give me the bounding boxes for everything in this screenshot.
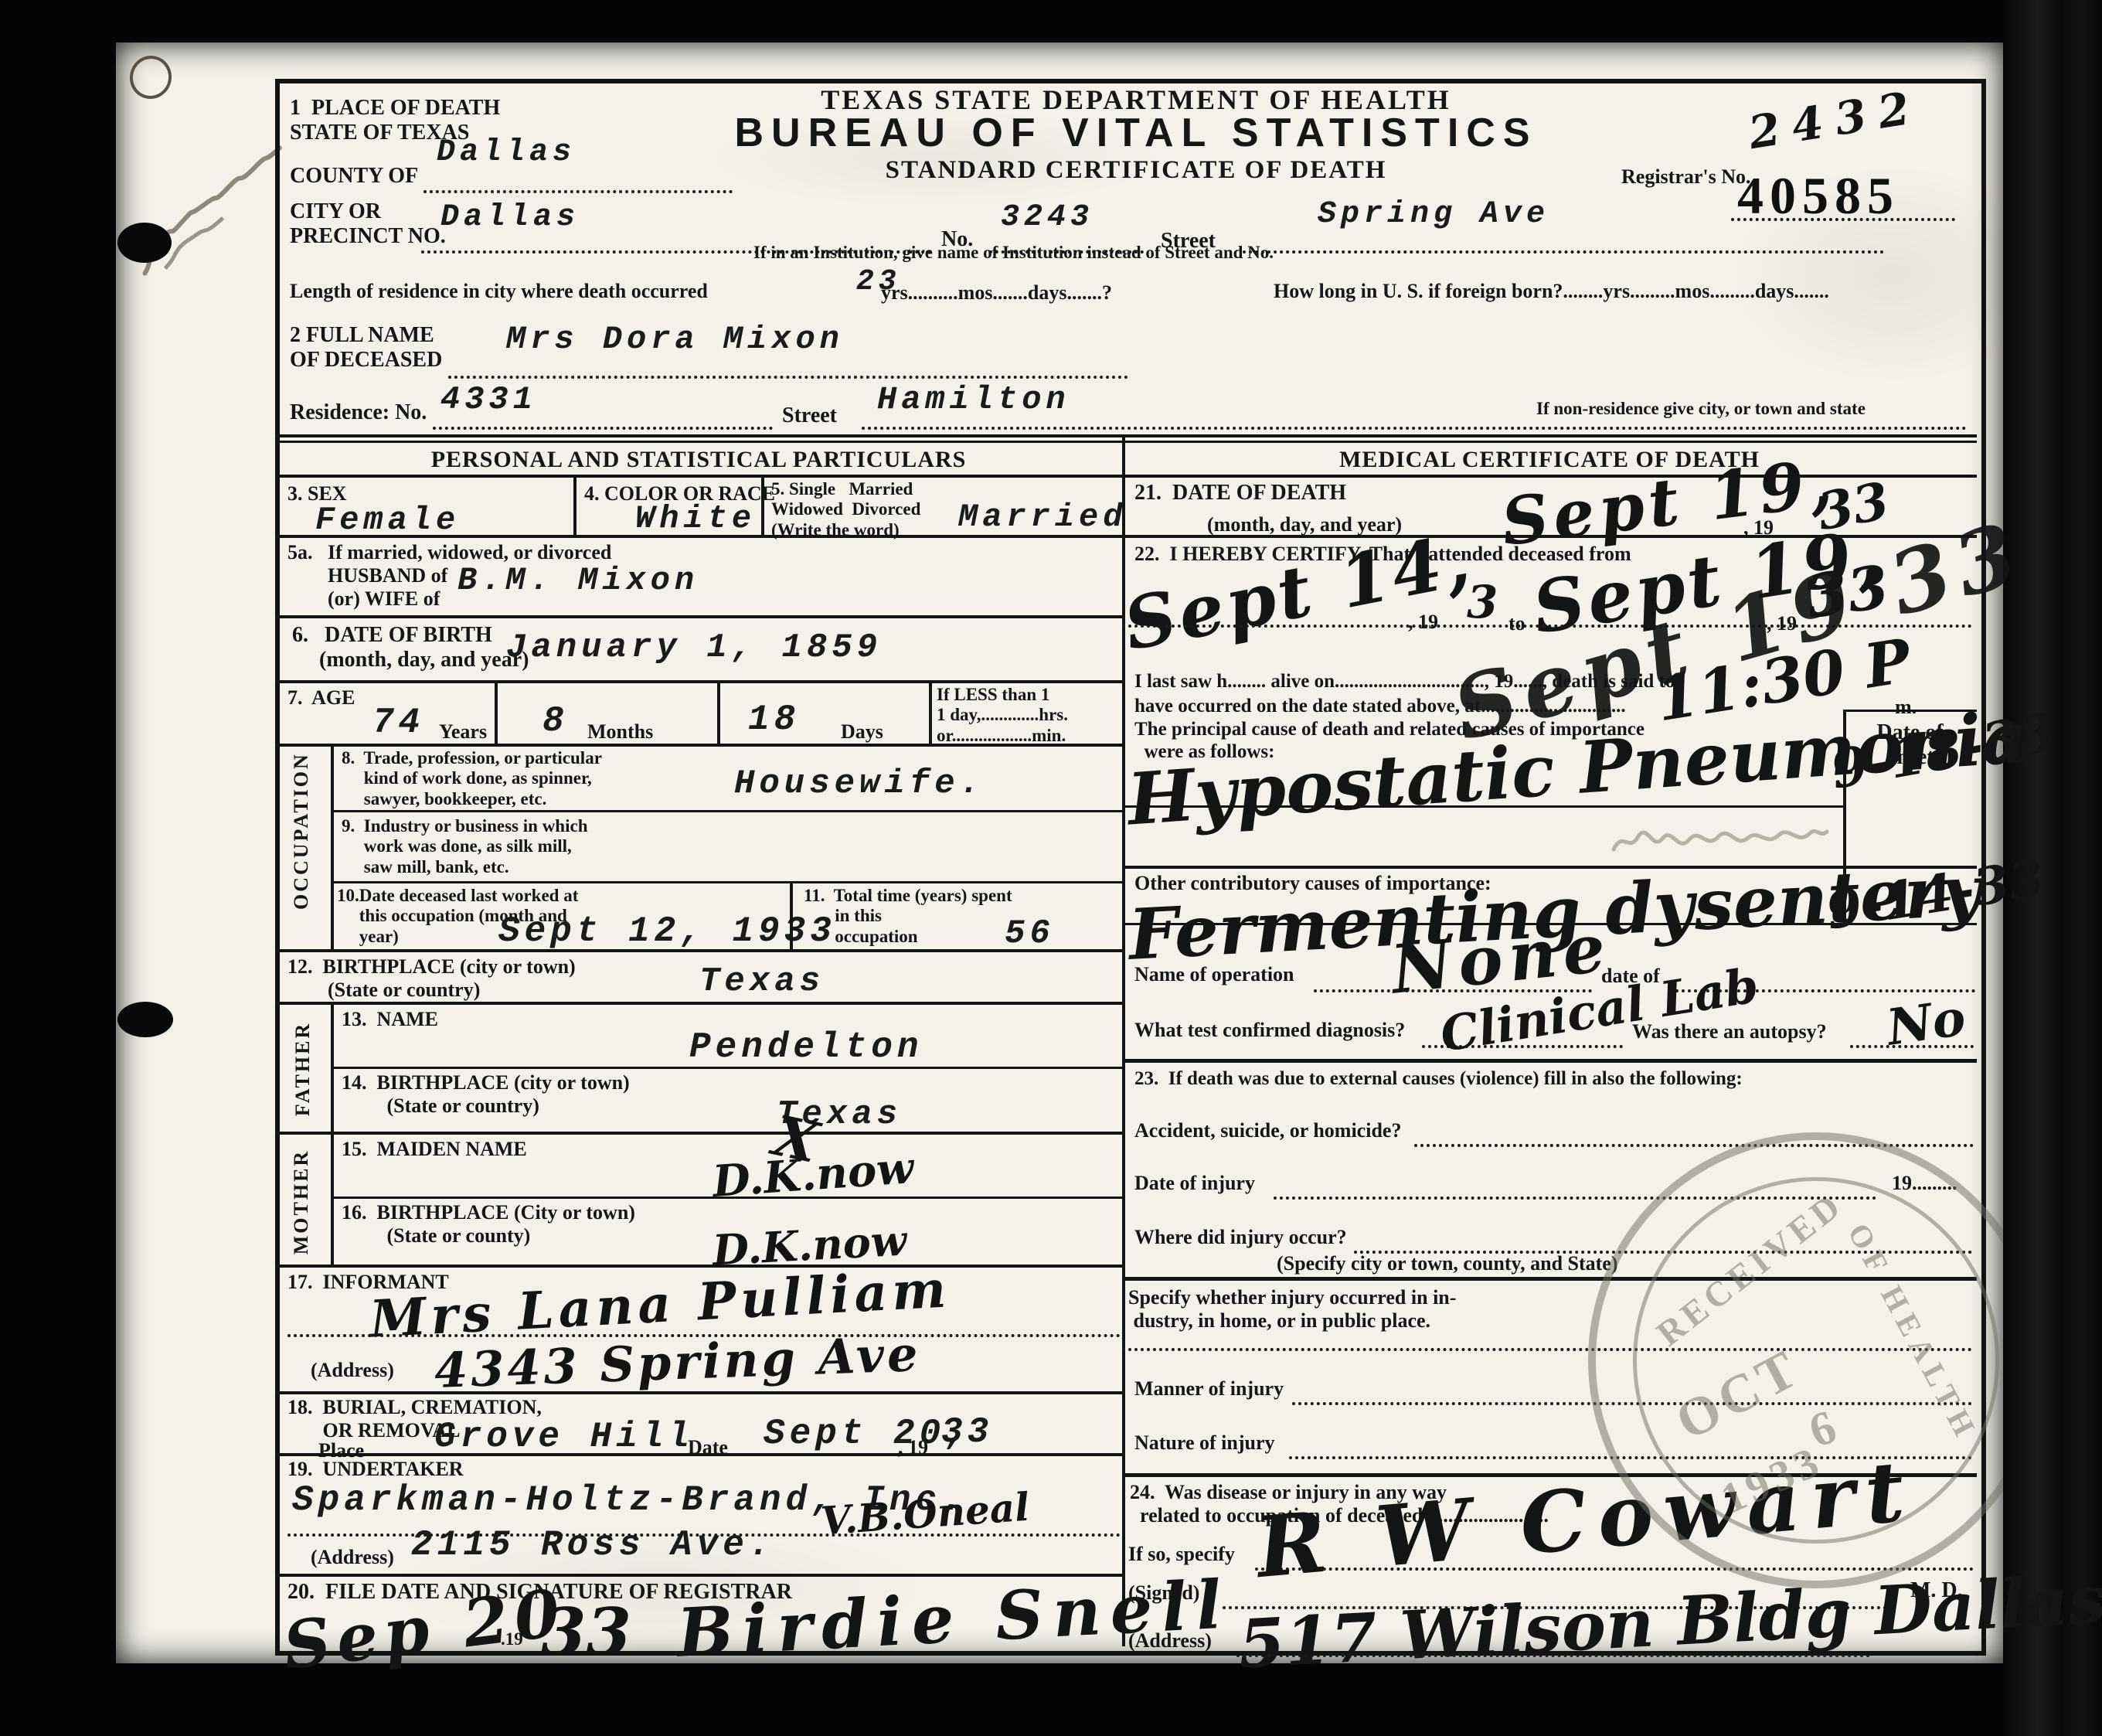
rule xyxy=(331,881,1122,883)
rule xyxy=(275,1574,1122,1577)
residence-length-units: yrs..........mos.......days.......? xyxy=(881,281,1112,305)
rule xyxy=(331,1196,1122,1199)
scanned-death-certificate: 1 PLACE OF DEATH STATE OF TEXAS Dallas C… xyxy=(0,0,2102,1736)
age-days-value: 18 xyxy=(748,702,800,737)
nonresidence-note: If non-residence give city, or town and … xyxy=(1536,399,1866,419)
burial-year-value: 33 xyxy=(941,1414,993,1450)
rule xyxy=(275,1453,1122,1456)
age-days-label: Days xyxy=(841,720,883,744)
occurred-line: have occurred on the date stated above, … xyxy=(1134,696,1626,718)
operation-label: Name of operation xyxy=(1134,963,1294,986)
father-name-label: 13. NAME xyxy=(342,1008,438,1031)
burial-place-value: Grove Hill xyxy=(434,1419,694,1455)
rule xyxy=(1122,805,1843,808)
place-of-death-label: 1 PLACE OF DEATH xyxy=(290,96,500,121)
age-years-value: 74 xyxy=(372,705,424,740)
rule xyxy=(331,1067,1122,1069)
injury-date-label: Date of injury xyxy=(1134,1172,1255,1195)
father-birthplace-label: 14. BIRTHPLACE (city or town) (State or … xyxy=(342,1071,630,1118)
registrar-no-label: Registrar's No. xyxy=(1621,165,1751,189)
marital-label: 5. Single Married Widowed Divorced (Writ… xyxy=(771,479,920,540)
injury-19-label: 19......... xyxy=(1892,1172,1957,1195)
dept-title-line2: BUREAU OF VITAL STATISTICS xyxy=(734,110,1538,156)
institution-note: If in an Institution, give name of Insti… xyxy=(753,243,1274,263)
accident-label: Accident, suicide, or homicide? xyxy=(1134,1119,1401,1142)
address-label: (Address) xyxy=(1128,1629,1212,1653)
residence-street-value: Hamilton xyxy=(877,383,1070,416)
from-19-label: , 19 xyxy=(1408,611,1438,634)
leader xyxy=(862,427,1967,430)
total-time-label: 11. Total time (years) spent in this occ… xyxy=(804,886,1012,947)
file-year-value: 33 xyxy=(541,1600,631,1665)
specify-injury-label: Specify whether injury occurred in in- d… xyxy=(1128,1286,1456,1333)
residence-length-label: Length of residence in city where death … xyxy=(290,280,708,303)
rule xyxy=(1122,1277,1977,1281)
test-label: What test confirmed diagnosis? xyxy=(1134,1019,1405,1042)
right-section-title: MEDICAL CERTIFICATE OF DEATH xyxy=(1122,447,1977,473)
age-label: 7. AGE xyxy=(287,686,355,710)
external-causes-label: 23. If death was due to external causes … xyxy=(1134,1068,1743,1091)
age-months-label: Months xyxy=(587,720,653,744)
rule xyxy=(275,1391,1122,1394)
full-name-label: 2 FULL NAME OF DECEASED xyxy=(290,323,442,373)
city-value: Dallas xyxy=(440,203,580,233)
left-section-title: PERSONAL AND STATISTICAL PARTICULARS xyxy=(275,447,1122,473)
trade-value: Housewife. xyxy=(734,767,985,801)
cell-divider xyxy=(495,683,498,744)
leader xyxy=(433,427,773,430)
side-strip-divider xyxy=(331,744,334,949)
hole-punch xyxy=(117,1002,173,1037)
date-of-death-label: 21. DATE OF DEATH xyxy=(1134,481,1346,505)
to-label: to xyxy=(1508,612,1525,635)
industry-label: 9. Industry or business in which work wa… xyxy=(342,816,588,877)
leader xyxy=(1122,1348,1972,1351)
father-side-label: FATHER xyxy=(291,1007,315,1131)
husband-value: B.M. Mixon xyxy=(457,564,699,597)
cell-divider xyxy=(761,478,764,535)
leader xyxy=(1274,1196,1876,1200)
birthplace-label: 12. BIRTHPLACE (city or town) (State or … xyxy=(287,955,576,1002)
cell-divider xyxy=(929,683,932,744)
county-value: Dallas xyxy=(437,138,576,168)
manner-label: Manner of injury xyxy=(1134,1377,1284,1401)
rule xyxy=(331,810,1122,812)
leader xyxy=(448,376,1128,379)
rule xyxy=(275,441,1977,443)
age-years-label: Years xyxy=(439,720,487,744)
cell-divider xyxy=(717,683,720,744)
rule xyxy=(275,744,1122,747)
residence-no-value: 4331 xyxy=(440,383,537,416)
burial-date-value: Sept 20, xyxy=(764,1416,971,1452)
street-value: Spring Ave xyxy=(1318,199,1549,230)
autopsy-label: Was there an autopsy? xyxy=(1632,1020,1827,1043)
father-name-value: Pendelton xyxy=(689,1030,923,1065)
full-name-value: Mrs Dora Mixon xyxy=(506,323,844,356)
maiden-name-label: 15. MAIDEN NAME xyxy=(342,1138,527,1161)
race-value: White xyxy=(635,502,756,535)
county-label: COUNTY OF xyxy=(290,164,418,189)
rule xyxy=(275,434,1977,437)
leader xyxy=(1292,1402,1972,1405)
signed-label: (Signed) xyxy=(1128,1581,1199,1605)
leader xyxy=(1243,250,1884,254)
last-worked-value: Sept 12, 1933 xyxy=(498,914,836,949)
undertaker-address-value: 2115 Ross Ave. xyxy=(411,1527,774,1563)
if-so-label: If so, specify xyxy=(1128,1543,1235,1566)
rule xyxy=(275,535,1122,538)
nature-label: Nature of injury xyxy=(1134,1431,1275,1455)
total-time-value: 56 xyxy=(1005,917,1055,951)
rule xyxy=(1122,1059,1977,1063)
rule xyxy=(275,615,1122,618)
dept-title-line3: STANDARD CERTIFICATE OF DEATH xyxy=(819,156,1453,185)
dob-label: 6. DATE OF BIRTH (month, day, and year) xyxy=(292,623,529,672)
rule xyxy=(275,949,1122,952)
undertaker-address-label: (Address) xyxy=(311,1546,394,1569)
autopsy-value: No xyxy=(1884,993,1968,1053)
city-label: CITY OR xyxy=(290,199,381,224)
undertaker-label: 19. UNDERTAKER xyxy=(287,1458,464,1481)
mother-side-label: MOTHER xyxy=(290,1140,313,1264)
residence-label: Residence: No. xyxy=(290,400,427,425)
trade-label: 8. Trade, profession, or particular kind… xyxy=(342,748,602,809)
where-injury-label: Where did injury occur? xyxy=(1134,1226,1347,1249)
leader xyxy=(1236,1654,1870,1657)
leader xyxy=(423,190,733,193)
sex-value: Female xyxy=(315,504,460,536)
age-less-label: If LESS than 1 1 day,.............hrs. o… xyxy=(937,685,1068,746)
date-of-death-sub: (month, day, and year) xyxy=(1207,513,1402,536)
mother-birthplace-label: 16. BIRTHPLACE (City or town) (State or … xyxy=(342,1201,635,1248)
street-no-value: 3243 xyxy=(1001,203,1094,233)
marital-value: Married xyxy=(958,501,1127,533)
leader xyxy=(1414,1144,1974,1147)
informant-address-label: (Address) xyxy=(311,1359,394,1382)
pencil-note-scribble xyxy=(1607,815,1832,861)
occupation-side-label: OCCUPATION xyxy=(290,786,313,910)
leader xyxy=(1731,218,1955,221)
from-year-value: 3 xyxy=(1467,580,1498,625)
file-19-label: .19 xyxy=(501,1629,523,1649)
foreign-born-label: How long in U. S. if foreign born?......… xyxy=(1274,280,1829,303)
dob-value: January 1, 1859 xyxy=(506,631,882,665)
birthplace-value: Texas xyxy=(699,965,825,999)
specify-city-note: (Specify city or town, county, and State… xyxy=(1277,1252,1618,1275)
precinct-label: PRECINCT NO. xyxy=(290,224,446,249)
maiden-name-value: D.K.now xyxy=(711,1146,915,1203)
rule xyxy=(275,1265,1122,1268)
residence-street-label: Street xyxy=(782,403,837,428)
age-months-value: 8 xyxy=(543,703,569,739)
hole-punch xyxy=(117,223,172,263)
cell-divider xyxy=(573,478,577,535)
rule xyxy=(275,680,1122,683)
rule xyxy=(275,1002,1122,1005)
cell-divider xyxy=(790,881,793,949)
rule xyxy=(275,1132,1122,1135)
